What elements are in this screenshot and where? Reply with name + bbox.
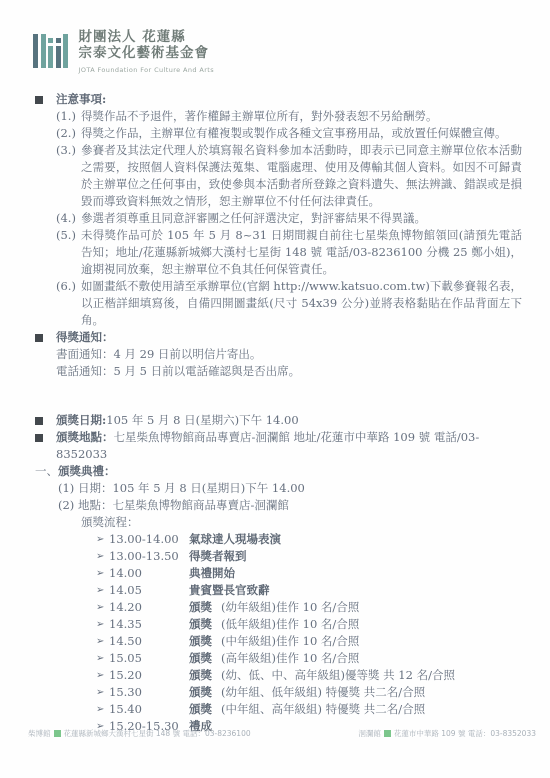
ceremony-header-label: 頒獎典禮： [58, 464, 116, 478]
schedule-row: ➢ 15.40 頒獎 (中年組、高年級組) 特優獎 共二名/合照 [96, 701, 522, 718]
schedule-activity: 氣球達人現場表演 [189, 531, 281, 548]
footer-museum-address: 花蓮縣新城鄉大漢村七星街 148 號 電話：03-8236100 [64, 729, 251, 738]
foundation-name-line2: 宗泰文化藝術基金會 [79, 46, 215, 62]
schedule-row: ➢ 15.30 頒獎 (幼年組、低年級組) 特優獎 共二名/合照 [96, 684, 522, 701]
schedule-activity: 頒獎 [189, 650, 212, 667]
logo-bar [48, 34, 53, 68]
ceremony-place-line: (2) 地點：七星柴魚博物館商品專賣店-洄瀾館 [58, 497, 522, 514]
green-square-icon [54, 730, 61, 737]
schedule-detail: (幼年級組)佳作 10 名/合照 [221, 599, 359, 616]
schedule-activity: 頒獎 [189, 633, 212, 650]
note-item: (4.) 參選者須尊重且同意評審團之任何評選決定，對評審結果不得異議。 [56, 210, 522, 227]
award-notice-header: 得獎通知： [33, 329, 522, 346]
award-date-label: 頒獎日期: [56, 413, 106, 427]
footer-huilan-contact: 洄瀾館 花蓮市中華路 109 號 電話：03-8352033 [358, 729, 536, 738]
note-text: 參選者須尊重且同意評審團之任何評選決定，對評審結果不得異議。 [81, 210, 522, 227]
notes-header: 注意事項: [33, 91, 522, 108]
schedule-row: ➢ 15.20 頒獎 (幼、低、中、高年級組)優等獎 共 12 名/合照 [96, 667, 522, 684]
ceremony-header: 一、頒獎典禮： [35, 463, 522, 480]
footer-huilan-address: 花蓮市中華路 109 號 電話：03-8352033 [394, 729, 536, 738]
schedule-detail: (幼年組、低年級組) 特優獎 共二名/合照 [221, 684, 425, 701]
note-number: (5.) [56, 227, 81, 278]
schedule-detail: (高年級組)佳作 10 名/合照 [221, 650, 359, 667]
schedule-row: ➢ 13.00-14.00 氣球達人現場表演 [96, 531, 522, 548]
award-place-label: 頒獎地點： [56, 430, 114, 444]
schedule-activity: 頒獎 [189, 701, 212, 718]
arrow-bullet-icon: ➢ [96, 599, 109, 616]
green-square-icon [384, 730, 391, 737]
schedule-time: 13.00-13.50 [109, 548, 189, 565]
award-notice-phone-line: 電話通知：5 月 5 日前以電話確認與是否出席。 [56, 363, 522, 380]
arrow-bullet-icon: ➢ [96, 633, 109, 650]
ceremony-date-line: (1) 日期：105 年 5 月 8 日(星期日)下午 14.00 [58, 480, 522, 497]
arrow-bullet-icon: ➢ [96, 667, 109, 684]
schedule-activity: 頒獎 [189, 599, 212, 616]
note-text: 得獎之作品，主辦單位有權複製或製作成各種文宣事務用品，或放置任何媒體宣傳。 [81, 125, 522, 142]
award-notice-mail-line: 書面通知：4 月 29 日前以明信片寄出。 [56, 346, 522, 363]
note-item: (5.) 未得獎作品可於 105 年 5 月 8~31 日期間親自前往七星柴魚博… [56, 227, 522, 278]
note-item: (3.) 參賽者及其法定代理人於填寫報名資料參加本活動時，即表示已同意主辦單位依… [56, 142, 522, 210]
schedule-time: 15.05 [109, 650, 189, 667]
ceremony-header-prefix: 一、 [35, 464, 58, 478]
arrow-bullet-icon: ➢ [96, 582, 109, 599]
schedule-time: 13.00-14.00 [109, 531, 189, 548]
note-number: (2.) [56, 125, 81, 142]
arrow-bullet-icon: ➢ [96, 548, 109, 565]
square-bullet-icon [35, 417, 43, 425]
page-footer: 柴博館 花蓮縣新城鄉大漢村七星街 148 號 電話：03-8236100 洄瀾館… [28, 729, 536, 738]
award-date-line: 頒獎日期:105 年 5 月 8 日(星期六)下午 14.00 [33, 412, 522, 429]
foundation-logo-icon [33, 30, 71, 68]
footer-museum-contact: 柴博館 花蓮縣新城鄉大漢村七星街 148 號 電話：03-8236100 [28, 729, 251, 738]
notes-header-label: 注意事項: [56, 91, 106, 108]
award-notice-label: 得獎通知： [56, 329, 114, 346]
schedule-time: 14.05 [109, 582, 189, 599]
note-number: (1.) [56, 108, 81, 125]
schedule-time: 14.35 [109, 616, 189, 633]
note-number: (6.) [56, 278, 81, 329]
schedule-detail: (中年級組)佳作 10 名/合照 [221, 633, 359, 650]
ceremony-schedule: ➢ 13.00-14.00 氣球達人現場表演 ➢ 13.00-13.50 得獎者… [96, 531, 522, 735]
schedule-row: ➢ 14.20 頒獎 (幼年級組)佳作 10 名/合照 [96, 599, 522, 616]
schedule-time: 14.50 [109, 633, 189, 650]
schedule-row: ➢ 14.05 貴賓暨長官致辭 [96, 582, 522, 599]
square-bullet-icon [35, 334, 43, 342]
footer-huilan-label: 洄瀾館 [358, 729, 381, 738]
schedule-detail: (中年組、高年級組) 特優獎 共二名/合照 [221, 701, 425, 718]
square-bullet-icon [35, 96, 43, 104]
arrow-bullet-icon: ➢ [96, 701, 109, 718]
note-number: (3.) [56, 142, 81, 210]
schedule-activity: 典禮開始 [189, 565, 235, 582]
logo-bar [56, 34, 61, 68]
foundation-name-english: JOTA Foundation For Culture And Arts [79, 62, 215, 79]
schedule-activity: 頒獎 [189, 667, 212, 684]
note-text: 如圖畫紙不敷使用請至承辦單位(官網 http://www.katsuo.com.… [81, 278, 522, 329]
footer-museum-label: 柴博館 [28, 729, 51, 738]
logo-bar [63, 34, 68, 68]
schedule-time: 15.30 [109, 684, 189, 701]
note-text: 得獎作品不予退件，著作權歸主辦單位所有，對外發表恕不另給酬勞。 [81, 108, 522, 125]
arrow-bullet-icon: ➢ [96, 616, 109, 633]
schedule-activity: 貴賓暨長官致辭 [189, 582, 270, 599]
foundation-name-line1: 財團法人 花蓮縣 [79, 30, 215, 46]
logo-bar [41, 34, 46, 68]
note-item: (2.) 得獎之作品，主辦單位有權複製或製作成各種文宣事務用品，或放置任何媒體宣… [56, 125, 522, 142]
note-number: (4.) [56, 210, 81, 227]
award-date-value: 105 年 5 月 8 日(星期六)下午 14.00 [106, 413, 298, 427]
schedule-detail: (幼、低、中、高年級組)優等獎 共 12 名/合照 [221, 667, 455, 684]
schedule-time: 15.20 [109, 667, 189, 684]
section-spacer [33, 380, 522, 412]
foundation-name: 財團法人 花蓮縣 宗泰文化藝術基金會 JOTA Foundation For C… [79, 30, 215, 79]
schedule-row: ➢ 15.05 頒獎 (高年級組)佳作 10 名/合照 [96, 650, 522, 667]
arrow-bullet-icon: ➢ [96, 531, 109, 548]
schedule-row: ➢ 14.50 頒獎 (中年級組)佳作 10 名/合照 [96, 633, 522, 650]
note-text: 未得獎作品可於 105 年 5 月 8~31 日期間親自前往七星柴魚博物館領回(… [81, 227, 522, 278]
schedule-activity: 頒獎 [189, 616, 212, 633]
schedule-row: ➢ 14.35 頒獎 (低年級組)佳作 10 名/合照 [96, 616, 522, 633]
schedule-row: ➢ 14.00 典禮開始 [96, 565, 522, 582]
schedule-detail: (低年級組)佳作 10 名/合照 [221, 616, 359, 633]
arrow-bullet-icon: ➢ [96, 684, 109, 701]
schedule-time: 14.20 [109, 599, 189, 616]
document-page: 財團法人 花蓮縣 宗泰文化藝術基金會 JOTA Foundation For C… [0, 0, 550, 735]
logo-bar [33, 34, 38, 68]
schedule-time: 14.00 [109, 565, 189, 582]
arrow-bullet-icon: ➢ [96, 650, 109, 667]
note-text: 參賽者及其法定代理人於填寫報名資料參加本活動時，即表示已同意主辦單位依本活動之需… [81, 142, 522, 210]
ceremony-flow-label: 頒獎流程： [81, 514, 522, 531]
note-item: (1.) 得獎作品不予退件，著作權歸主辦單位所有，對外發表恕不另給酬勞。 [56, 108, 522, 125]
arrow-bullet-icon: ➢ [96, 565, 109, 582]
schedule-activity: 得獎者報到 [189, 548, 247, 565]
award-place-line: 頒獎地點：七星柴魚博物館商品專賣店-洄瀾館 地址/花蓮市中華路 109 號 電話… [33, 429, 522, 463]
schedule-time: 15.40 [109, 701, 189, 718]
foundation-logo: 財團法人 花蓮縣 宗泰文化藝術基金會 JOTA Foundation For C… [33, 30, 522, 79]
schedule-activity: 頒獎 [189, 684, 212, 701]
schedule-row: ➢ 13.00-13.50 得獎者報到 [96, 548, 522, 565]
note-item: (6.) 如圖畫紙不敷使用請至承辦單位(官網 http://www.katsuo… [56, 278, 522, 329]
square-bullet-icon [35, 434, 43, 442]
award-place-value: 七星柴魚博物館商品專賣店-洄瀾館 地址/花蓮市中華路 109 號 電話/03-8… [56, 430, 479, 461]
